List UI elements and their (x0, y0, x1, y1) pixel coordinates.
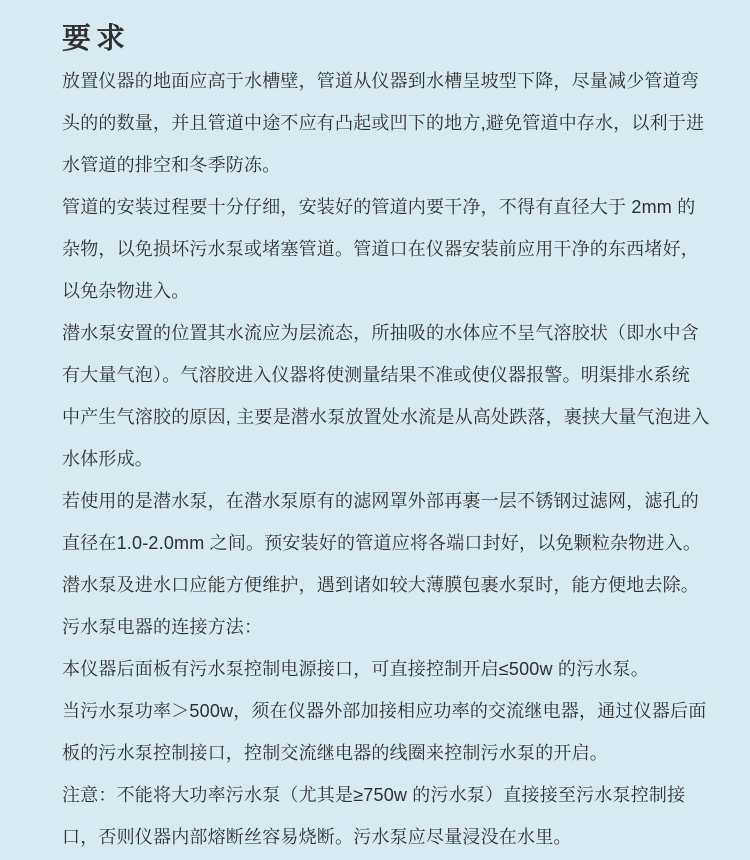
text-line: 板的污水泵控制接口，控制交流继电器的线圈来控制污水泵的开启。 (62, 732, 702, 774)
text-line: 潜水泵及进水口应能方便维护，遇到诸如较大薄膜包裹水泵时，能方便地去除。 (62, 564, 702, 606)
paragraph: 若使用的是潜水泵，在潜水泵原有的滤网罩外部再裹一层不锈钢过滤网，滤孔的 直径在1… (62, 480, 702, 564)
text-line: 当污水泵功率＞500w，须在仪器外部加接相应功率的交流继电器，通过仪器后面 (62, 690, 702, 732)
text-line: 杂物，以免损坏污水泵或堵塞管道。管道口在仪器安装前应用干净的东西堵好， (62, 228, 702, 270)
text-line: 注意：不能将大功率污水泵（尤其是≥750w 的污水泵）直接接至污水泵控制接 (62, 774, 702, 816)
paragraph: 放置仪器的地面应高于水槽壁，管道从仪器到水槽呈坡型下降，尽量减少管道弯 头的的数… (62, 60, 702, 186)
page-title: 要求 (62, 20, 702, 58)
text-line: 若使用的是潜水泵，在潜水泵原有的滤网罩外部再裹一层不锈钢过滤网，滤孔的 (62, 480, 702, 522)
text-line: 口，否则仪器内部熔断丝容易烧断。污水泵应尽量浸没在水里。 (62, 816, 702, 858)
paragraph: 污水泵电器的连接方法： (62, 606, 702, 648)
text-line: 直径在1.0-2.0mm 之间。预安装好的管道应将各端口封好，以免颗粒杂物进入。 (62, 522, 702, 564)
document-page: 要求 放置仪器的地面应高于水槽壁，管道从仪器到水槽呈坡型下降，尽量减少管道弯 头… (0, 0, 750, 860)
text-line: 放置仪器的地面应高于水槽壁，管道从仪器到水槽呈坡型下降，尽量减少管道弯 (62, 60, 702, 102)
text-line: 本仪器后面板有污水泵控制电源接口，可直接控制开启≤500w 的污水泵。 (62, 648, 702, 690)
text-line: 水体形成。 (62, 438, 702, 480)
text-line: 管道的安装过程要十分仔细，安装好的管道内要干净，不得有直径大于 2mm 的 (62, 186, 702, 228)
text-line: 有大量气泡）。气溶胶进入仪器将使测量结果不准或使仪器报警。明渠排水系统 (62, 354, 702, 396)
text-line: 头的的数量，并且管道中途不应有凸起或凹下的地方,避免管道中存水，以利于进 (62, 102, 702, 144)
text-line: 以免杂物进入。 (62, 270, 702, 312)
text-line: 污水泵电器的连接方法： (62, 606, 702, 648)
text-line: 潜水泵安置的位置其水流应为层流态，所抽吸的水体应不呈气溶胶状（即水中含 (62, 312, 702, 354)
text-line: 水管道的排空和冬季防冻。 (62, 144, 702, 186)
paragraph: 潜水泵及进水口应能方便维护，遇到诸如较大薄膜包裹水泵时，能方便地去除。 (62, 564, 702, 606)
paragraph: 当污水泵功率＞500w，须在仪器外部加接相应功率的交流继电器，通过仪器后面 板的… (62, 690, 702, 774)
text-line: 中产生气溶胶的原因, 主要是潜水泵放置处水流是从高处跌落，裹挟大量气泡进入 (62, 396, 702, 438)
paragraph: 本仪器后面板有污水泵控制电源接口，可直接控制开启≤500w 的污水泵。 (62, 648, 702, 690)
paragraph: 管道的安装过程要十分仔细，安装好的管道内要干净，不得有直径大于 2mm 的 杂物… (62, 186, 702, 312)
paragraph: 潜水泵安置的位置其水流应为层流态，所抽吸的水体应不呈气溶胶状（即水中含 有大量气… (62, 312, 702, 480)
paragraph: 注意：不能将大功率污水泵（尤其是≥750w 的污水泵）直接接至污水泵控制接 口，… (62, 774, 702, 858)
